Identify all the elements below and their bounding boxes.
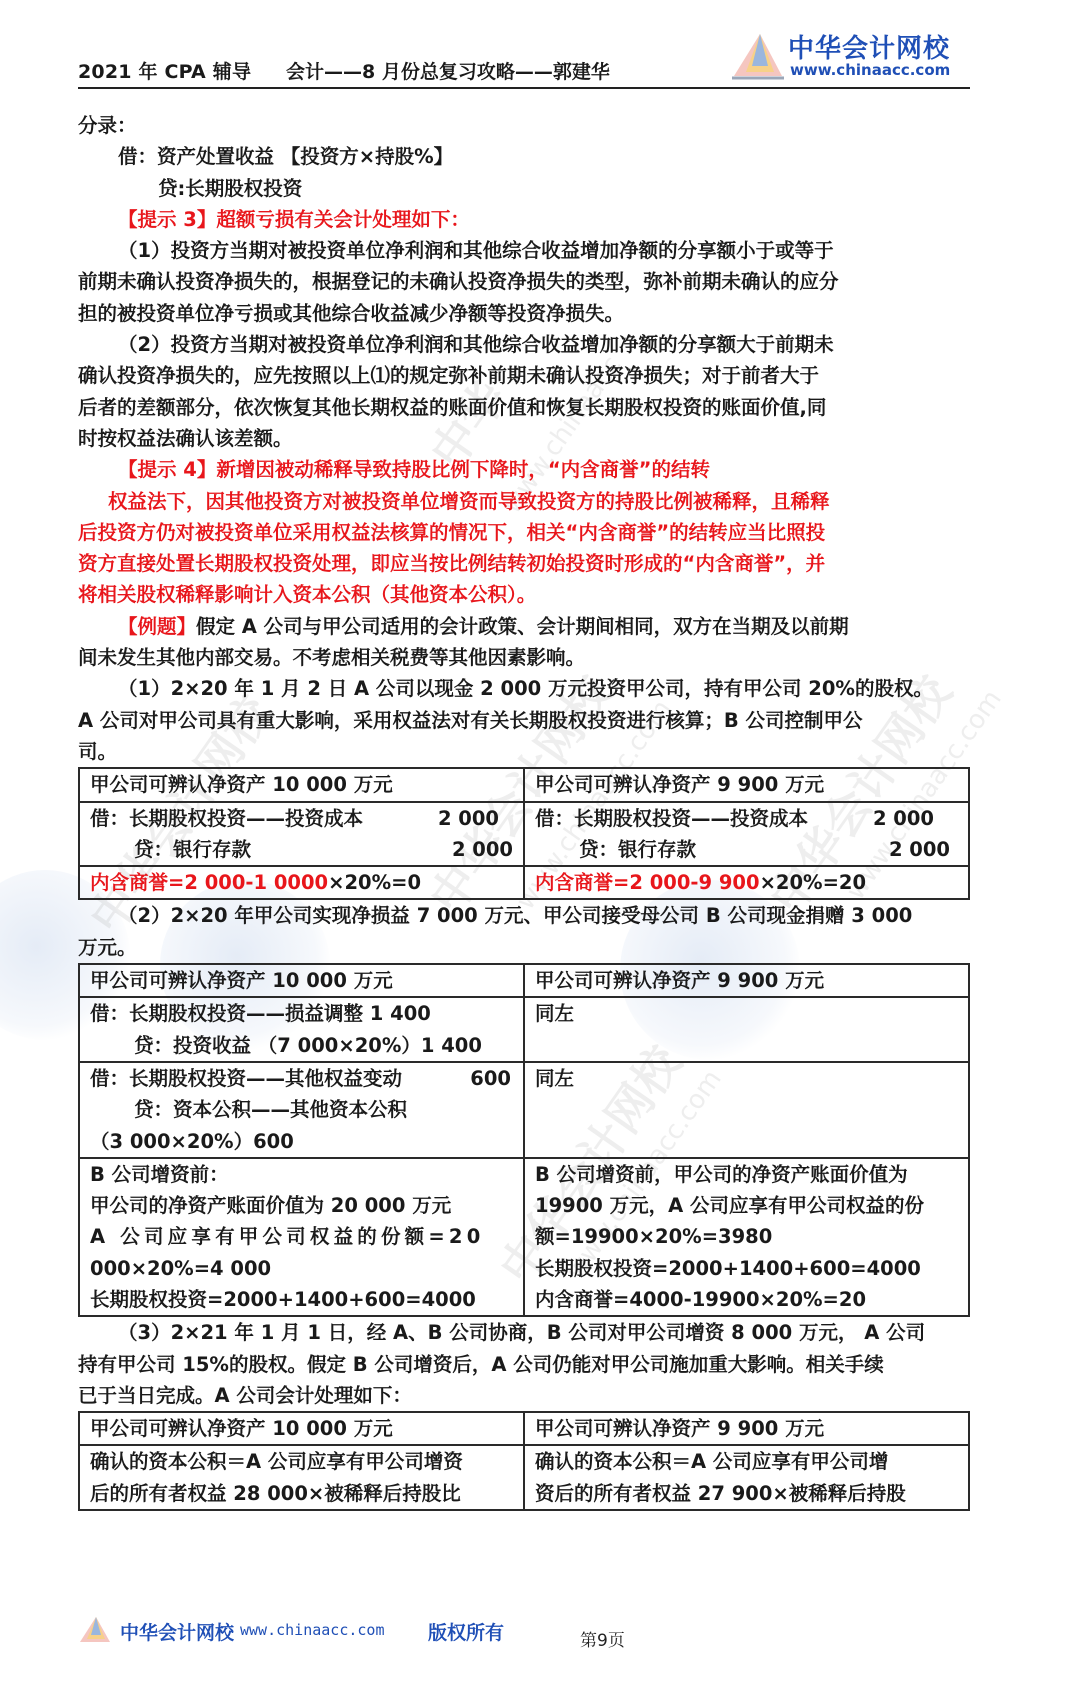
table-cell: 借：长期股权投资——投资成本2 000 贷：银行存款2 000 bbox=[79, 802, 524, 867]
brand-logo: 中华会计网校 www.chinaacc.com bbox=[730, 26, 970, 82]
step3-line: 已于当日完成。A 公司会计处理如下： bbox=[78, 1380, 970, 1411]
entry-credit: 贷:长期股权投资 bbox=[78, 173, 970, 204]
entry-label: 分录： bbox=[78, 110, 970, 141]
table-cell: 内含商誉=2 000-1 0000×20%=0 bbox=[79, 866, 524, 899]
footer-copyright: 版权所有 bbox=[428, 1618, 504, 1645]
example-text: 假定 A 公司与甲公司适用的会计政策、会计期间相同，双方在当期及以前期 bbox=[196, 615, 849, 638]
page-footer: 中华会计网校 www.chinaacc.com 版权所有 第9页 bbox=[78, 1612, 970, 1652]
paragraph-line: 时按权益法确认该差额。 bbox=[78, 423, 970, 454]
entry-debit: 借：资产处置收益 【投资方×持股%】 bbox=[78, 141, 970, 172]
tip4-line: 将相关股权稀释影响计入资本公积（其他资本公积）。 bbox=[78, 579, 970, 610]
page-number: 第9页 bbox=[580, 1626, 625, 1651]
table-cell: 甲公司可辨认净资产 10 000 万元 bbox=[79, 768, 524, 801]
table-cell: 甲公司可辨认净资产 9 900 万元 bbox=[524, 964, 969, 997]
paragraph-line: （2）投资方当期对被投资单位净利润和其他综合收益增加净额的分享额大于前期未 bbox=[78, 329, 970, 360]
table-row: 内含商誉=2 000-1 0000×20%=0 内含商誉=2 000-9 900… bbox=[79, 866, 969, 899]
table-row: 借：长期股权投资——损益调整 1 400 贷：投资收益 （7 000×20%）1… bbox=[79, 997, 969, 1062]
paragraph-line: 担的被投资单位净亏损或其他综合收益减少净额等投资净损失。 bbox=[78, 298, 970, 329]
step3-line: 持有甲公司 15%的股权。假定 B 公司增资后，A 公司仍能对甲公司施加重大影响… bbox=[78, 1349, 970, 1380]
table-cell: 甲公司可辨认净资产 9 900 万元 bbox=[524, 768, 969, 801]
table-cell: 同左 bbox=[524, 997, 969, 1062]
table-cell: 甲公司可辨认净资产 10 000 万元 bbox=[79, 1412, 524, 1445]
paragraph-line: 确认投资净损失的，应先按照以上⑴的规定弥补前期未确认投资净损失；对于前者大于 bbox=[78, 360, 970, 391]
table-row: 确认的资本公积＝A 公司应享有甲公司增资 后的所有者权益 28 000×被稀释后… bbox=[79, 1445, 969, 1510]
step2-line: 万元。 bbox=[78, 932, 970, 963]
table-row: 甲公司可辨认净资产 10 000 万元 甲公司可辨认净资产 9 900 万元 bbox=[79, 768, 969, 801]
table-cell: 同左 bbox=[524, 1062, 969, 1158]
header-course: 2021 年 CPA 辅导 bbox=[78, 57, 251, 84]
table-cell: 甲公司可辨认净资产 10 000 万元 bbox=[79, 964, 524, 997]
tip4-line: 后投资方仍对被投资单位采用权益法核算的情况下，相关“内含商誉”的结转应当比照投 bbox=[78, 517, 970, 548]
table-cell: 甲公司可辨认净资产 9 900 万元 bbox=[524, 1412, 969, 1445]
tip3-heading: 【提示 3】超额亏损有关会计处理如下： bbox=[78, 204, 970, 235]
logo-name: 中华会计网校 bbox=[788, 28, 950, 65]
step1-line: 司。 bbox=[78, 736, 970, 767]
table-cell: 确认的资本公积＝A 公司应享有甲公司增资 后的所有者权益 28 000×被稀释后… bbox=[79, 1445, 524, 1510]
example-intro-line: 【例题】假定 A 公司与甲公司适用的会计政策、会计期间相同，双方在当期及以前期 bbox=[78, 611, 970, 642]
document-body: 分录： 借：资产处置收益 【投资方×持股%】 贷:长期股权投资 【提示 3】超额… bbox=[78, 110, 970, 1511]
page-header: 2021 年 CPA 辅导 会计——8 月份总复习攻略——郭建华 中华会计网校 … bbox=[78, 20, 970, 90]
example-tag: 【例题】 bbox=[118, 615, 196, 638]
table-cell: 借：长期股权投资——其他权益变动600 贷：资本公积——其他资本公积 （3 00… bbox=[79, 1062, 524, 1158]
example-intro-line: 间未发生其他内部交易。不考虑相关税费等其他因素影响。 bbox=[78, 642, 970, 673]
step3-line: （3）2×21 年 1 月 1 日，经 A、B 公司协商，B 公司对甲公司增资 … bbox=[78, 1317, 970, 1348]
logo-triangle-icon bbox=[730, 32, 786, 80]
footer-url: www.chinaacc.com bbox=[240, 1621, 385, 1639]
paragraph-line: （1）投资方当期对被投资单位净利润和其他综合收益增加净额的分享额小于或等于 bbox=[78, 235, 970, 266]
tip4-heading: 【提示 4】新增因被动稀释导致持股比例下降时，“内含商誉”的结转 bbox=[78, 454, 970, 485]
table-row: B 公司增资前： 甲公司的净资产账面价值为 20 000 万元 A 公司应享有甲… bbox=[79, 1158, 969, 1316]
table-cell: B 公司增资前： 甲公司的净资产账面价值为 20 000 万元 A 公司应享有甲… bbox=[79, 1158, 524, 1316]
table-step3: 甲公司可辨认净资产 10 000 万元 甲公司可辨认净资产 9 900 万元 确… bbox=[78, 1411, 970, 1511]
table-row: 借：长期股权投资——其他权益变动600 贷：资本公积——其他资本公积 （3 00… bbox=[79, 1062, 969, 1158]
header-divider bbox=[78, 87, 970, 89]
footer-brand: 中华会计网校 bbox=[120, 1618, 234, 1645]
tip4-line: 资方直接处置长期股权投资处理，即应当按比例结转初始投资时形成的“内含商誉”，并 bbox=[78, 548, 970, 579]
table-cell: 借：长期股权投资——投资成本2 000 贷：银行存款2 000 bbox=[524, 802, 969, 867]
logo-url: www.chinaacc.com bbox=[790, 61, 950, 79]
tip4-line: 权益法下，因其他投资方对被投资单位增资而导致投资方的持股比例被稀释，且稀释 bbox=[78, 486, 970, 517]
paragraph-line: 前期未确认投资净损失的，根据登记的未确认投资净损失的类型，弥补前期未确认的应分 bbox=[78, 266, 970, 297]
table-step2: 甲公司可辨认净资产 10 000 万元 甲公司可辨认净资产 9 900 万元 借… bbox=[78, 963, 970, 1317]
step2-line: （2）2×20 年甲公司实现净损益 7 000 万元、甲公司接受母公司 B 公司… bbox=[78, 900, 970, 931]
table-step1: 甲公司可辨认净资产 10 000 万元 甲公司可辨认净资产 9 900 万元 借… bbox=[78, 767, 970, 900]
table-cell: 确认的资本公积＝A 公司应享有甲公司增 资后的所有者权益 27 900×被稀释后… bbox=[524, 1445, 969, 1510]
document-page: 中华 www.chinaacc 中华会计网校 中华会计网校 www.chinaa… bbox=[0, 0, 1080, 1693]
table-row: 甲公司可辨认净资产 10 000 万元 甲公司可辨认净资产 9 900 万元 bbox=[79, 964, 969, 997]
table-row: 借：长期股权投资——投资成本2 000 贷：银行存款2 000 借：长期股权投资… bbox=[79, 802, 969, 867]
step1-line: A 公司对甲公司具有重大影响，采用权益法对有关长期股权投资进行核算；B 公司控制… bbox=[78, 705, 970, 736]
step1-line: （1）2×20 年 1 月 2 日 A 公司以现金 2 000 万元投资甲公司，… bbox=[78, 673, 970, 704]
logo-triangle-icon bbox=[78, 1616, 112, 1644]
table-cell: 内含商誉=2 000-9 900×20%=20 bbox=[524, 866, 969, 899]
table-cell: B 公司增资前，甲公司的净资产账面价值为 19900 万元，A 公司应享有甲公司… bbox=[524, 1158, 969, 1316]
paragraph-line: 后者的差额部分，依次恢复其他长期权益的账面价值和恢复长期股权投资的账面价值,同 bbox=[78, 392, 970, 423]
table-cell: 借：长期股权投资——损益调整 1 400 贷：投资收益 （7 000×20%）1… bbox=[79, 997, 524, 1062]
header-title: 会计——8 月份总复习攻略——郭建华 bbox=[286, 57, 610, 84]
table-row: 甲公司可辨认净资产 10 000 万元 甲公司可辨认净资产 9 900 万元 bbox=[79, 1412, 969, 1445]
